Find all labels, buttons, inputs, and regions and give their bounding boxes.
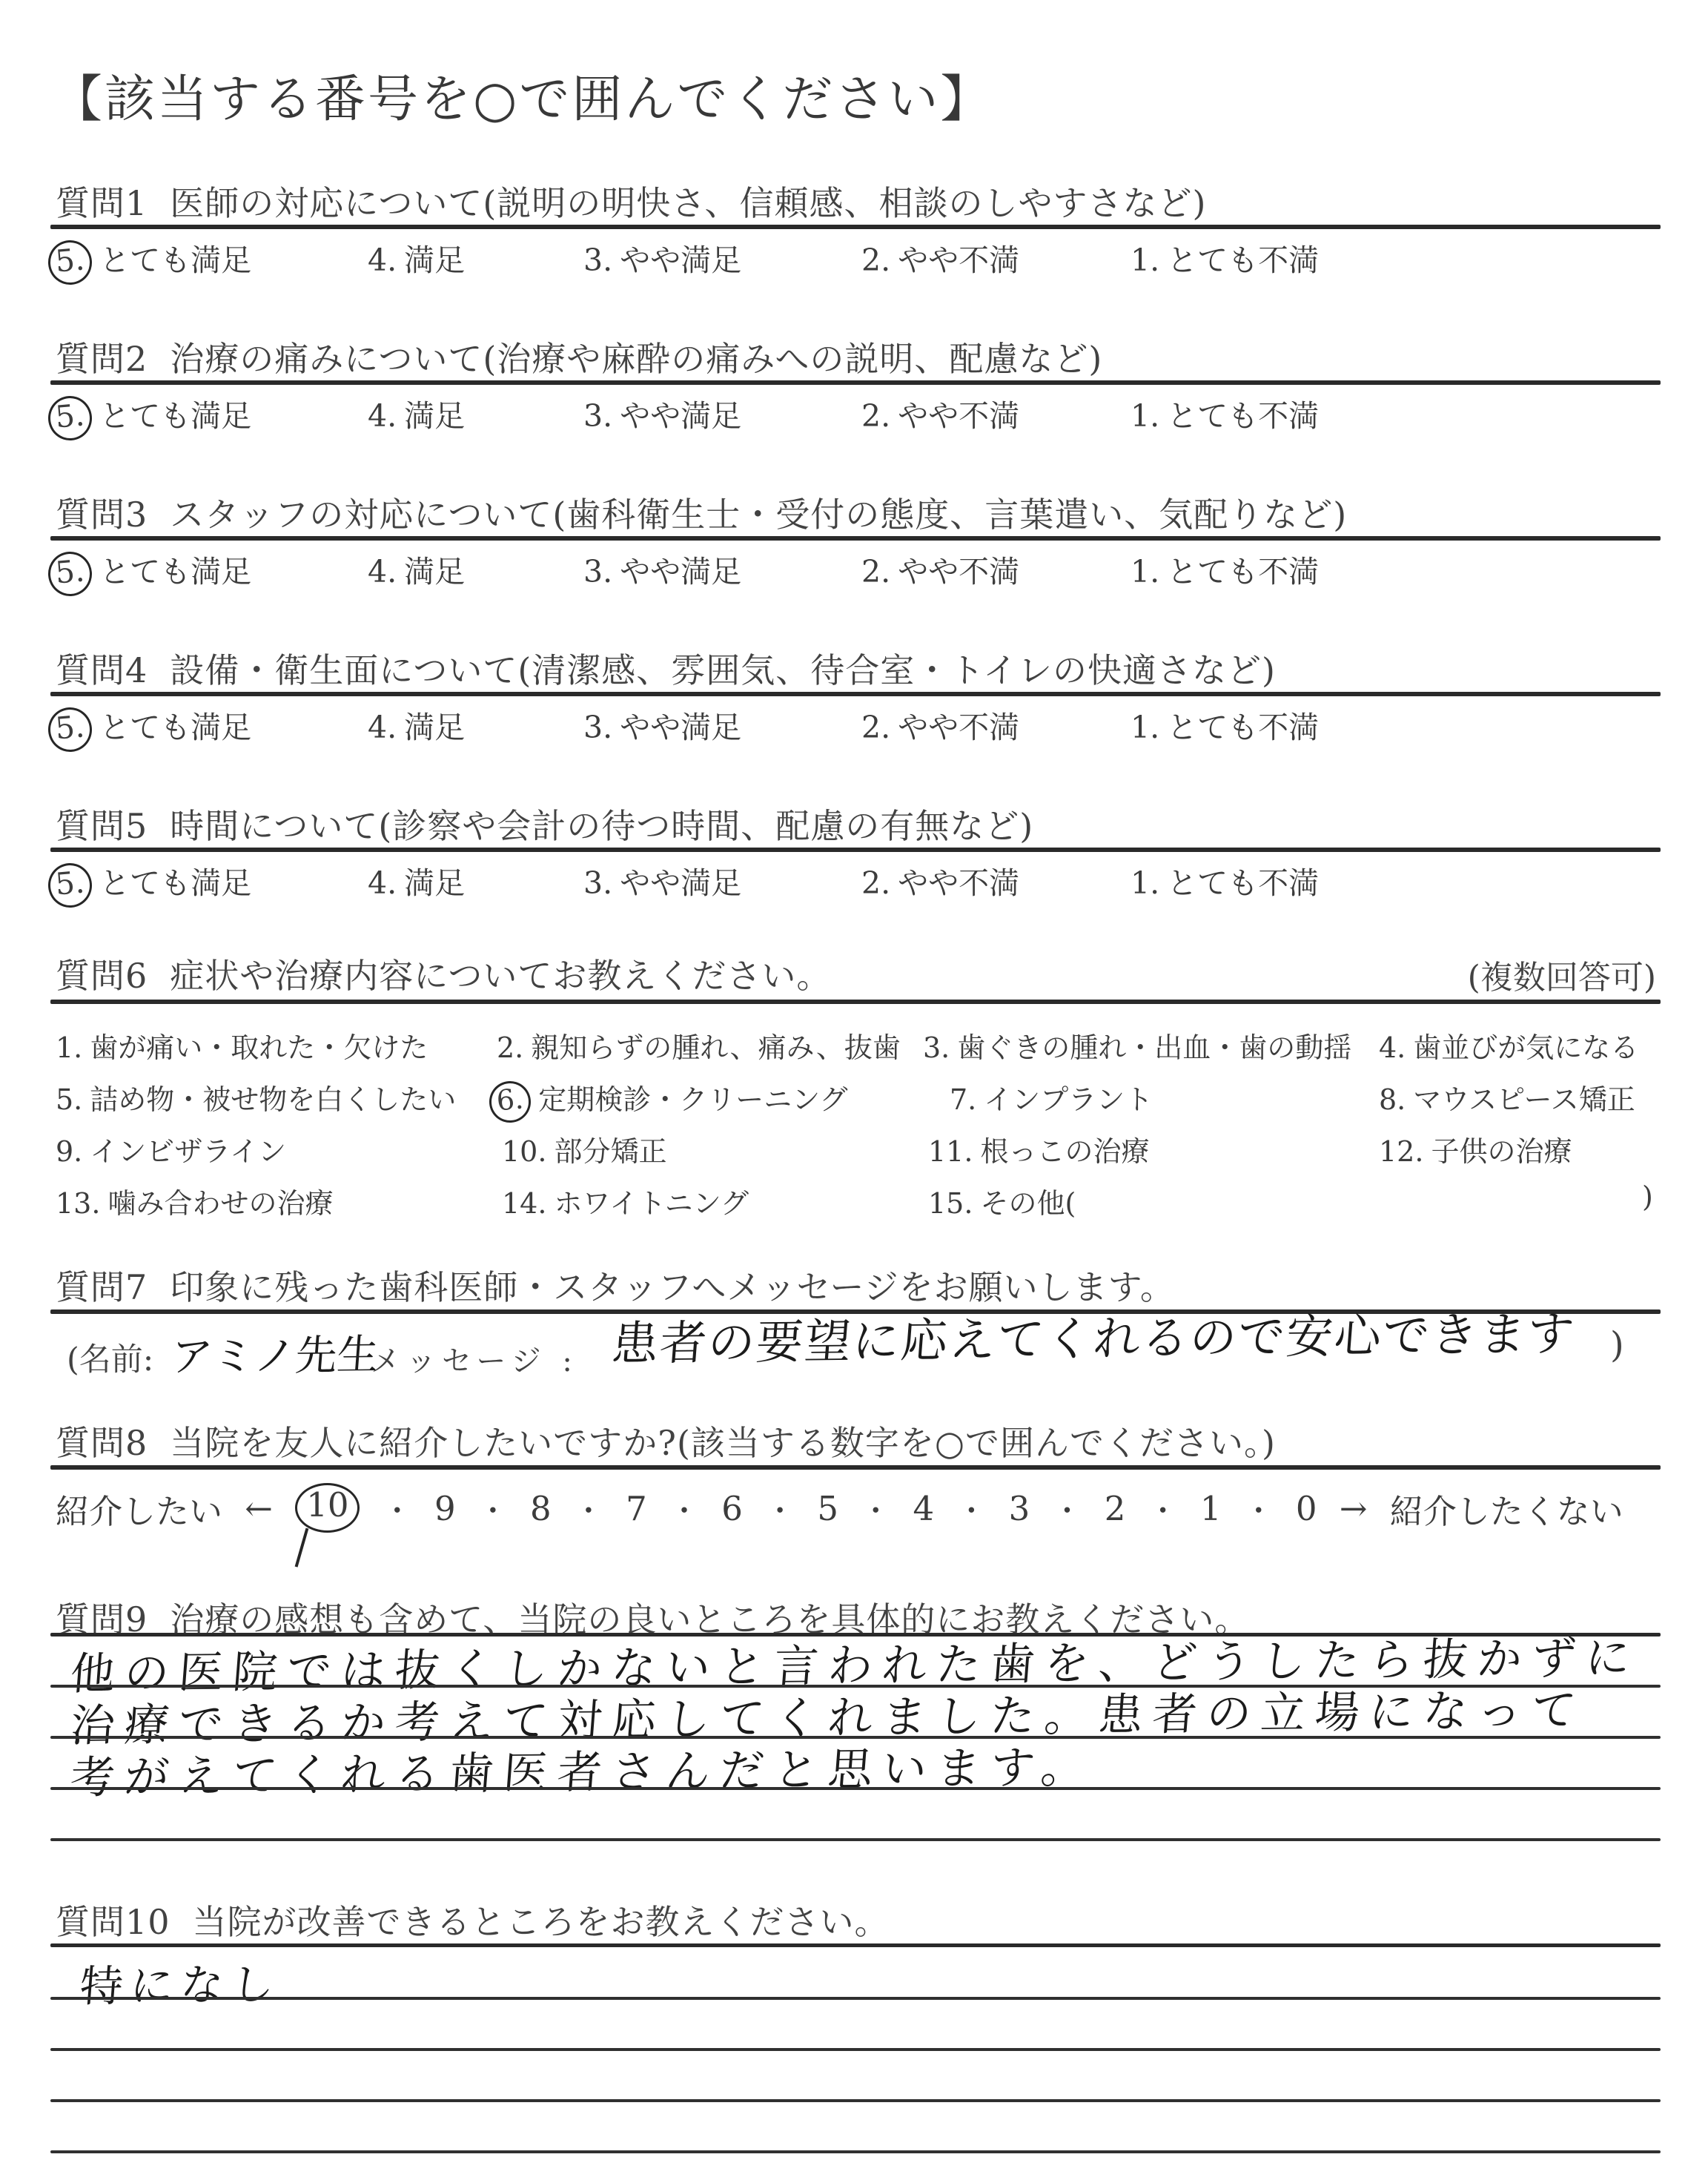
rating-option-1: 1.とても不満: [1131, 859, 1319, 902]
answer-circle: 5.: [46, 550, 93, 598]
multiple-answers-note: (複数回答可): [1468, 951, 1656, 998]
answer-ruled-line: [50, 1787, 1661, 1790]
scale-dot: ・: [1244, 1487, 1274, 1530]
symptom-option-9: 9.インビザライン: [56, 1129, 286, 1169]
rating-option-2: 2.やや不満: [861, 392, 1019, 435]
question-block-8: 質問8当院を友人に紹介したいですか?(該当する数字を○で囲んでください。) 紹介…: [0, 1416, 1708, 1565]
scale-number-10: 10: [295, 1485, 360, 1533]
scale-number-9: 9: [434, 1489, 456, 1528]
question-title: スタッフの対応について(歯科衛生士・受付の態度、言葉遣い、気配りなど): [170, 495, 1347, 535]
divider-line: [50, 1000, 1661, 1004]
close-paren: ): [1610, 1324, 1624, 1366]
scale-number-6: 6: [721, 1489, 743, 1528]
scale-dot: ・: [383, 1487, 412, 1530]
handwritten-message: 患者の要望に応えてくれるので安心できます: [609, 1296, 1578, 1374]
rating-option-3: 3.やや満足: [583, 236, 741, 280]
symptom-option-4: 4.歯並びが気になる: [1379, 1025, 1638, 1066]
handwritten-doctor-name: アミノ先生: [169, 1322, 381, 1384]
answer-ruled-line: [50, 2099, 1661, 2102]
rating-option-2: 2.やや不満: [861, 703, 1019, 747]
handwritten-answer: 特になし: [78, 1949, 284, 2014]
question-number: 質問6: [56, 956, 148, 996]
left-arrow-icon: ←: [245, 1489, 273, 1528]
answer-ruled-line: [50, 1838, 1661, 1841]
scale-number-7: 7: [626, 1489, 647, 1528]
question-header: 質問5時間について(診察や会計の待つ時間、配慮の有無など): [56, 799, 1033, 848]
message-field-label: メッセージ :: [371, 1338, 578, 1380]
scale-dot: ・: [1052, 1487, 1082, 1530]
question-block-7: 質問7印象に残った歯科医師・スタッフへメッセージをお願いします。 (名前: アミ…: [0, 1261, 1708, 1416]
symptom-option-10: 10.部分矯正: [502, 1129, 666, 1169]
symptom-option-1: 1.歯が痛い・取れた・欠けた: [56, 1025, 428, 1066]
symptom-option-2: 2.親知らずの腫れ、痛み、抜歯: [497, 1025, 901, 1066]
scale-number-8: 8: [530, 1489, 552, 1528]
question-number: 質問4: [56, 650, 148, 690]
question-header: 質問1医師の対応について(説明の明快さ、信頼感、相談のしやすさなど): [56, 176, 1206, 225]
rating-option-3: 3.やや満足: [583, 392, 741, 435]
scale-dot: ・: [765, 1487, 795, 1530]
question-title: 印象に残った歯科医師・スタッフへメッセージをお願いします。: [170, 1267, 1175, 1307]
rating-option-1: 1.とても不満: [1131, 547, 1319, 591]
symptom-option-7: 7.インプラント: [950, 1077, 1153, 1117]
answer-ruled-line: [50, 2150, 1661, 2153]
question-block-2: 質問2治療の痛みについて(治療や麻酔の痛みへの説明、配慮など) 5.とても満足 …: [0, 332, 1708, 466]
question-title: 当院が改善できるところをお教えください。: [193, 1902, 890, 1942]
answer-circle: 5.: [46, 862, 93, 910]
right-arrow-icon: →: [1340, 1489, 1368, 1528]
question-title: 症状や治療内容についてお教えください。: [170, 956, 831, 996]
question-header: 質問4設備・衛生面について(清潔感、雰囲気、待合室・トイレの快適さなど): [56, 644, 1276, 693]
divider-line: [50, 380, 1661, 385]
scale-left-label: 紹介したい: [56, 1484, 222, 1533]
scale-number-2: 2: [1105, 1489, 1126, 1528]
answer-circle: 5.: [46, 706, 93, 754]
rating-option-3: 3.やや満足: [583, 547, 741, 591]
symptom-option-15: 15.その他(: [928, 1180, 1076, 1221]
scale-dot: ・: [669, 1487, 699, 1530]
rating-option-5: 5.とても満足: [56, 392, 251, 440]
divider-line: [50, 225, 1661, 229]
rating-option-1: 1.とても不満: [1131, 236, 1319, 280]
question-number: 質問2: [56, 339, 148, 379]
question-number: 質問8: [56, 1423, 148, 1463]
question-number: 質問3: [56, 495, 148, 535]
question-block-6: 質問6症状や治療内容についてお教えください。 (複数回答可) 1.歯が痛い・取れ…: [0, 949, 1708, 1223]
scale-dot: ・: [1148, 1487, 1178, 1530]
rating-option-3: 3.やや満足: [583, 859, 741, 902]
symptom-option-3: 3.歯ぐきの腫れ・出血・歯の動揺: [923, 1025, 1351, 1066]
rating-option-4: 4.満足: [368, 859, 465, 902]
scale-number-5: 5: [817, 1489, 838, 1528]
question-header: 質問8当院を友人に紹介したいですか?(該当する数字を○で囲んでください。): [56, 1416, 1276, 1465]
scale-number-3: 3: [1009, 1489, 1030, 1528]
question-block-3: 質問3スタッフの対応について(歯科衛生士・受付の態度、言葉遣い、気配りなど) 5…: [0, 488, 1708, 621]
question-block-9: 質問9治療の感想も含めて、当院の良いところを具体的にお教えください。 他の医院で…: [0, 1593, 1708, 1845]
symptom-option-12: 12.子供の治療: [1379, 1129, 1572, 1169]
rating-option-2: 2.やや不満: [861, 236, 1019, 280]
symptom-option-11: 11.根っこの治療: [928, 1129, 1149, 1169]
survey-scan-page: 【該当する番号を○で囲んでください】 質問1医師の対応について(説明の明快さ、信…: [0, 0, 1708, 2160]
question-block-10: 質問10当院が改善できるところをお教えください。 特になし: [0, 1895, 1708, 2155]
rating-option-4: 4.満足: [368, 547, 465, 591]
scale-dot: ・: [574, 1487, 603, 1530]
question-title: 治療の痛みについて(治療や麻酔の痛みへの説明、配慮など): [170, 339, 1102, 379]
question-title: 当院を友人に紹介したいですか?(該当する数字を○で囲んでください。): [170, 1423, 1276, 1463]
page-title: 【該当する番号を○で囲んでください】: [52, 59, 993, 131]
question-title: 設備・衛生面について(清潔感、雰囲気、待合室・トイレの快適さなど): [170, 650, 1276, 690]
symptom-option-15-close-paren: ): [1642, 1180, 1653, 1213]
scale-number-0: 0: [1296, 1489, 1317, 1528]
scale-number-4: 4: [913, 1489, 934, 1528]
divider-line: [50, 848, 1661, 852]
question-title: 医師の対応について(説明の明快さ、信頼感、相談のしやすさなど): [170, 183, 1206, 223]
answer-ruled-line: [50, 2048, 1661, 2051]
rating-option-4: 4.満足: [368, 392, 465, 435]
divider-line: [50, 1943, 1661, 1947]
question-header: 質問10当院が改善できるところをお教えください。: [56, 1895, 890, 1944]
nps-scale-row: 紹介したい ← 10 ・ 9 ・ 8 ・ 7 ・ 6 ・ 5 ・ 4 ・ 3 ・…: [56, 1484, 1623, 1533]
question-title: 時間について(診察や会計の待つ時間、配慮の有無など): [170, 806, 1033, 846]
question-block-1: 質問1医師の対応について(説明の明快さ、信頼感、相談のしやすさなど) 5.とても…: [0, 176, 1708, 310]
rating-option-4: 4.満足: [368, 703, 465, 747]
rating-option-3: 3.やや満足: [583, 703, 741, 747]
scale-dot: ・: [478, 1487, 508, 1530]
rating-option-2: 2.やや不満: [861, 859, 1019, 902]
rating-option-1: 1.とても不満: [1131, 703, 1319, 747]
question-number: 質問1: [56, 183, 148, 223]
question-block-4: 質問4設備・衛生面について(清潔感、雰囲気、待合室・トイレの快適さなど) 5.と…: [0, 644, 1708, 777]
rating-option-2: 2.やや不満: [861, 547, 1019, 591]
symptom-option-14: 14.ホワイトニング: [502, 1180, 749, 1221]
rating-option-5: 5.とても満足: [56, 236, 251, 285]
rating-option-5: 5.とても満足: [56, 547, 251, 596]
divider-line: [50, 1465, 1661, 1470]
rating-option-5: 5.とても満足: [56, 703, 251, 752]
scale-dot: ・: [956, 1487, 986, 1530]
rating-option-5: 5.とても満足: [56, 859, 251, 908]
scale-right-label: 紹介したくない: [1390, 1484, 1623, 1533]
scale-dot: ・: [861, 1487, 890, 1530]
question-block-5: 質問5時間について(診察や会計の待つ時間、配慮の有無など) 5.とても満足 4.…: [0, 799, 1708, 933]
rating-option-1: 1.とても不満: [1131, 392, 1319, 435]
divider-line: [50, 536, 1661, 541]
question-header: 質問2治療の痛みについて(治療や麻酔の痛みへの説明、配慮など): [56, 332, 1102, 381]
handwritten-answer-line-3: 考がえてくれる歯医者さんだと思います。: [68, 1731, 1098, 1806]
symptom-option-8: 8.マウスピース矯正: [1379, 1077, 1635, 1117]
question-number: 質問10: [56, 1902, 171, 1942]
symptom-option-6: 6.定期検診・クリーニング: [497, 1077, 848, 1123]
symptom-option-5: 5.詰め物・被せ物を白くしたい: [56, 1077, 456, 1117]
answer-ruled-line: [50, 1997, 1661, 2000]
symptom-option-13: 13.噛み合わせの治療: [56, 1180, 333, 1221]
answer-circle: 6.: [488, 1080, 533, 1125]
answer-circle: 10: [295, 1483, 360, 1533]
name-field-label: (名前:: [67, 1335, 153, 1380]
question-number: 質問7: [56, 1267, 148, 1307]
rating-option-4: 4.満足: [368, 236, 465, 280]
answer-circle: 5.: [46, 239, 93, 287]
divider-line: [50, 692, 1661, 696]
question-header: 質問6症状や治療内容についてお教えください。: [56, 949, 831, 998]
answer-circle: 5.: [46, 394, 93, 443]
question-header: 質問3スタッフの対応について(歯科衛生士・受付の態度、言葉遣い、気配りなど): [56, 488, 1347, 537]
scale-number-1: 1: [1200, 1489, 1222, 1528]
question-number: 質問5: [56, 806, 148, 846]
